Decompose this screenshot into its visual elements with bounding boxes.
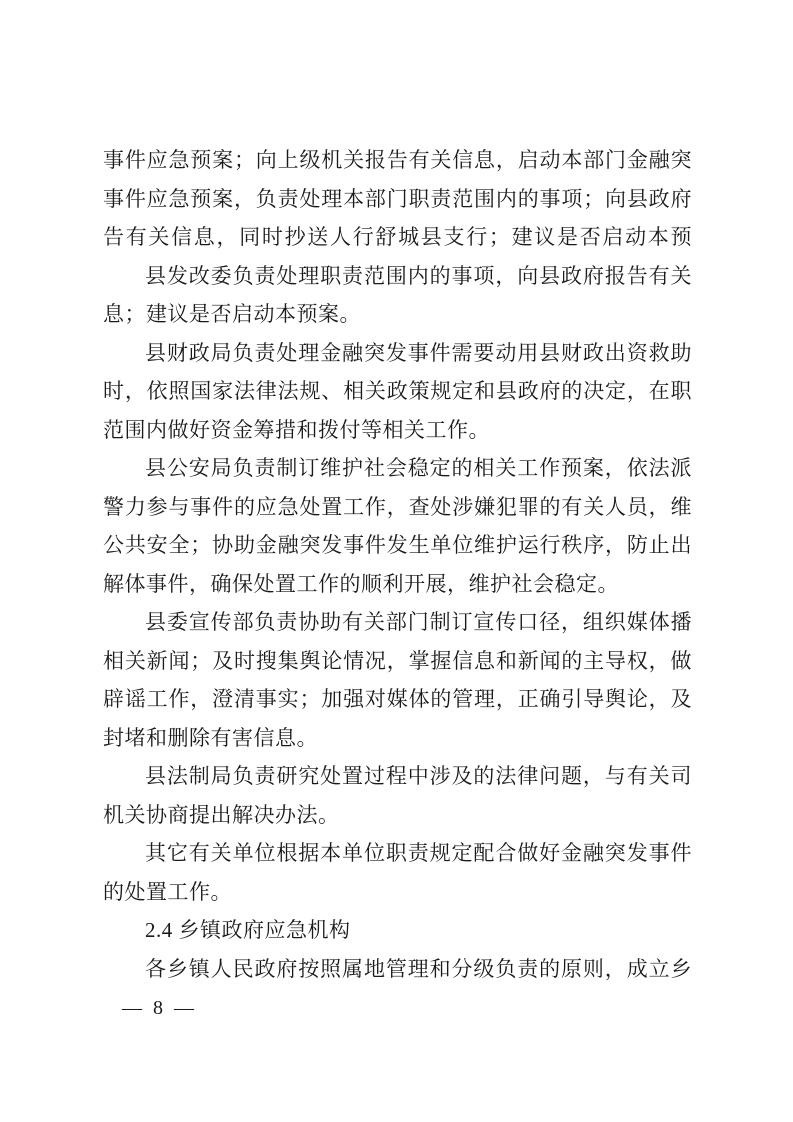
page-number: — 8 — [122,995,195,1021]
text-line: 解体事件，确保处置工作的顺利开展，维护社会稳定。 [103,565,692,604]
text-line: 公共安全；协助金融突发事件发生单位维护运行秩序，防止出现 [103,526,692,565]
text-line: 息；建议是否启动本预案。 [103,295,692,334]
text-line: 警力参与事件的应急处置工作，查处涉嫌犯罪的有关人员，维护 [103,488,692,527]
text-line: 县委宣传部负责协助有关部门制订宣传口径，组织媒体播发 [103,603,692,642]
text-line: 相关新闻；及时搜集舆论情况，掌握信息和新闻的主导权，做好 [103,642,692,681]
document-page: 事件应急预案；向上级机关报告有关信息，启动本部门金融突发事件应急预案，负责处理本… [0,0,793,1122]
text-line: 事件应急预案，负责处理本部门职责范围内的事项；向县政府报 [103,180,692,219]
text-line: 县财政局负责处理金融突发事件需要动用县财政出资救助 [103,334,692,373]
text-line: 县公安局负责制订维护社会稳定的相关工作预案，依法派出 [103,449,692,488]
text-line: 县法制局负责研究处置过程中涉及的法律问题，与有关司法 [103,757,692,796]
text-line: 时，依照国家法律法规、相关政策规定和县政府的决定，在职责 [103,372,692,411]
text-line: 机关协商提出解决办法。 [103,796,692,835]
text-line: 辟谣工作，澄清事实；加强对媒体的管理，正确引导舆论，及时 [103,680,692,719]
text-line: 其它有关单位根据本单位职责规定配合做好金融突发事件 [103,834,692,873]
document-text: 事件应急预案；向上级机关报告有关信息，启动本部门金融突发事件应急预案，负责处理本… [103,141,692,988]
text-line: 的处置工作。 [103,873,692,912]
text-line: 县发改委负责处理职责范围内的事项，向县政府报告有关信 [103,257,692,296]
text-line: 各乡镇人民政府按照属地管理和分级负责的原则，成立乡镇 [103,950,692,989]
text-line: 封堵和删除有害信息。 [103,719,692,758]
section-heading-2-4: 2.4 乡镇政府应急机构 [103,911,692,950]
text-line: 告有关信息，同时抄送人行舒城县支行；建议是否启动本预案。 [103,218,692,257]
text-line: 事件应急预案；向上级机关报告有关信息，启动本部门金融突发 [103,141,692,180]
text-line: 范围内做好资金筹措和拨付等相关工作。 [103,411,692,450]
